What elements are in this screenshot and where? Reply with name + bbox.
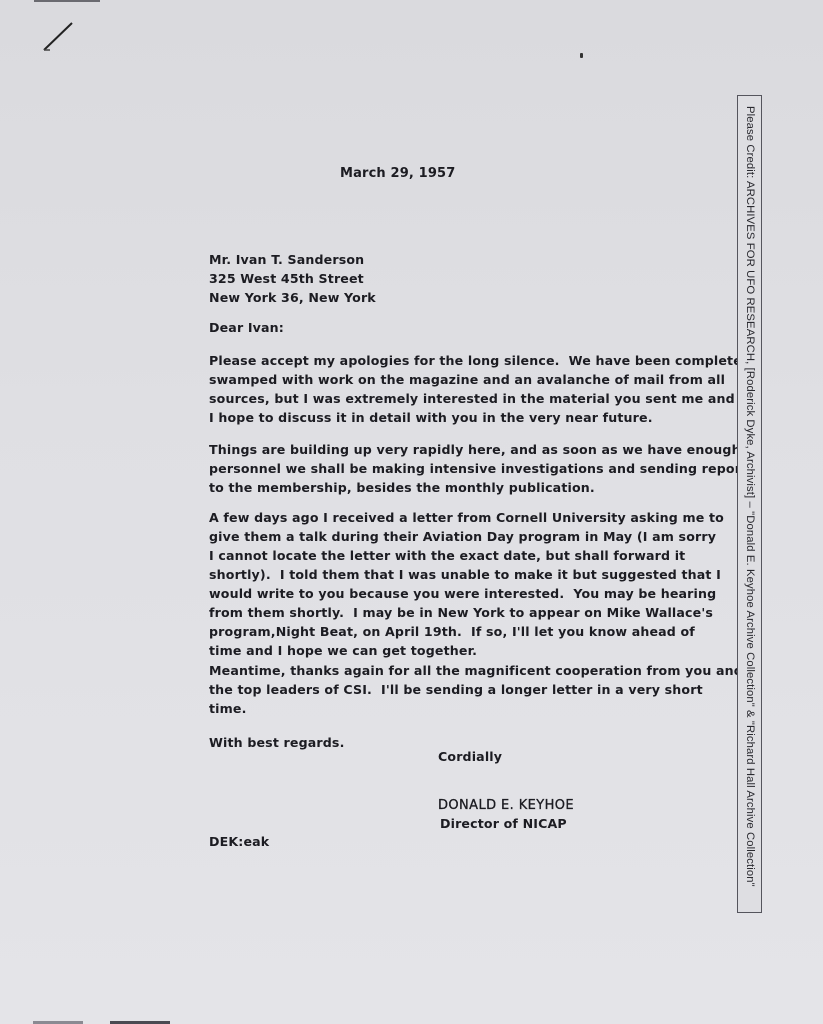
signature-title: Director of NICAP	[440, 814, 567, 833]
paragraph-investigations: Things are building up very rapidly here…	[209, 440, 755, 497]
signature-name: DONALD E. KEYHOE	[438, 796, 574, 815]
closing-line: With best regards.	[209, 733, 345, 752]
salutation: Dear Ivan:	[209, 318, 284, 337]
archive-credit-text: Please Credit: ARCHIVES FOR UFO RESEARCH…	[744, 106, 756, 887]
ink-speck	[580, 53, 583, 58]
scan-edge-mark	[34, 0, 100, 2]
paragraph-apology: Please accept my apologies for the long …	[209, 351, 755, 427]
reference-initials: DEK:eak	[209, 832, 269, 851]
recipient-street: 325 West 45th Street	[209, 269, 376, 288]
paragraph-thanks: Meantime, thanks again for all the magni…	[209, 661, 743, 718]
recipient-city: New York 36, New York	[209, 288, 376, 307]
letter-date: March 29, 1957	[340, 164, 455, 183]
paragraph-cornell: A few days ago I received a letter from …	[209, 508, 724, 660]
recipient-address: Mr. Ivan T. Sanderson325 West 45th Stree…	[209, 250, 376, 307]
scanned-letter-page: March 29, 1957 Mr. Ivan T. Sanderson325 …	[0, 0, 823, 1024]
recipient-name: Mr. Ivan T. Sanderson	[209, 250, 376, 269]
complimentary-close: Cordially	[438, 747, 502, 766]
pen-stroke-mark	[40, 20, 80, 55]
archive-credit-stamp: Please Credit: ARCHIVES FOR UFO RESEARCH…	[737, 95, 762, 913]
